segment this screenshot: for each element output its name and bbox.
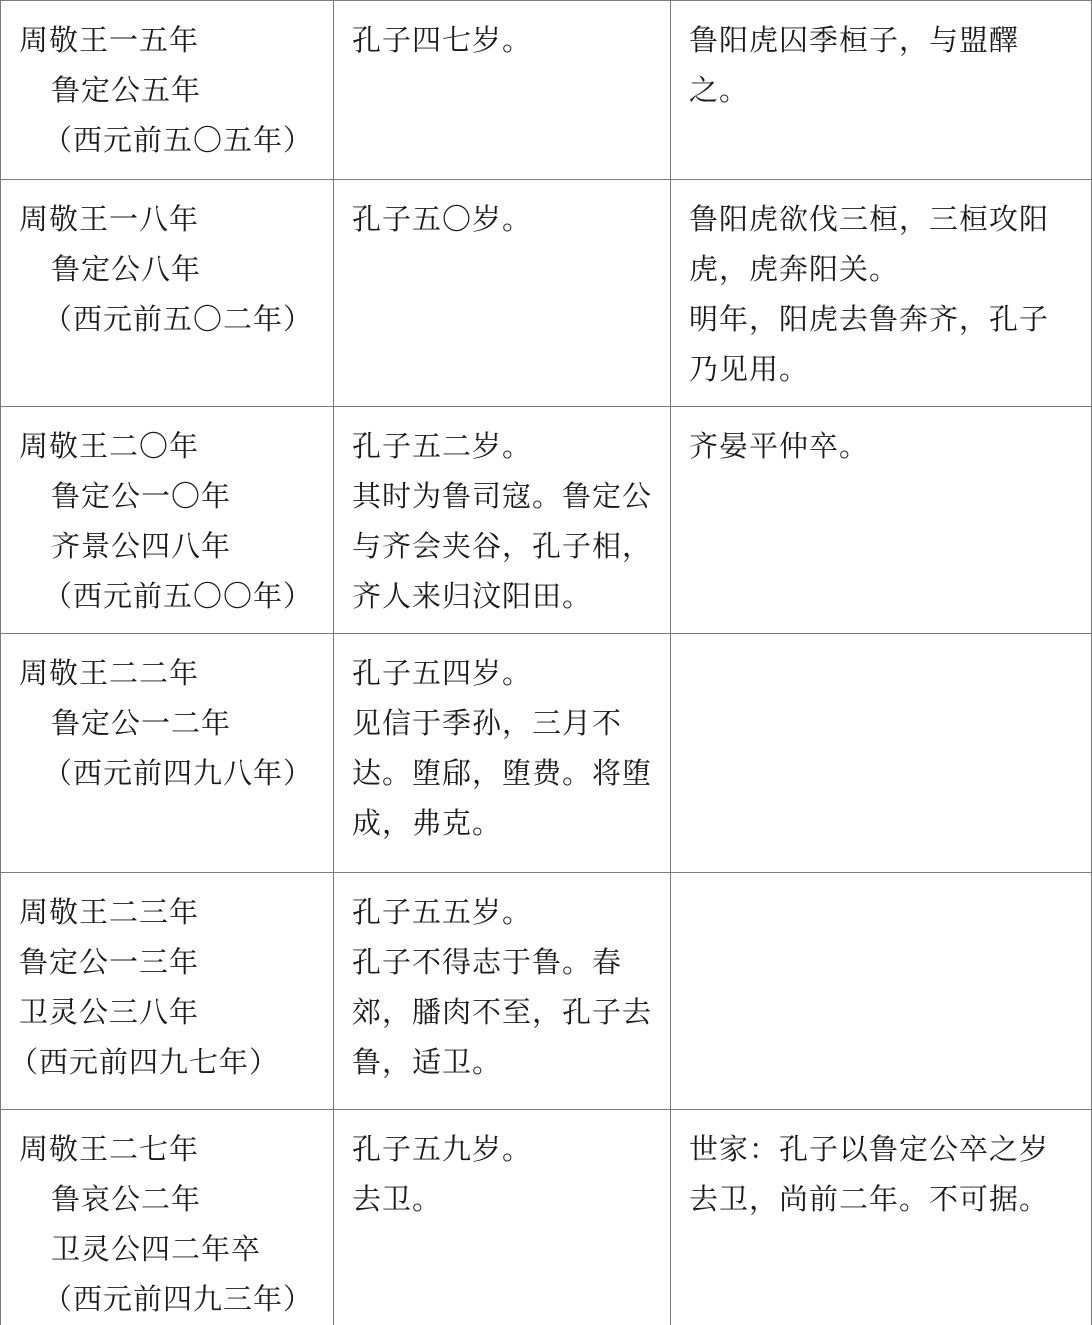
age-text: 孔子五五岁。 [352, 887, 652, 937]
reign-line: 周敬王二七年 [19, 1124, 315, 1174]
age-cell: 孔子五五岁。 孔子不得志于鲁。春郊，膰肉不至，孔子去鲁，适卫。 [334, 873, 671, 1110]
age-text: 孔子四七岁。 [352, 15, 652, 65]
notes-cell: 齐晏平仲卒。 [671, 407, 1092, 634]
western-year: （西元前五〇二年） [19, 294, 315, 344]
reign-line: 鲁定公一〇年 [19, 471, 315, 521]
reign-line: 鲁定公八年 [19, 244, 315, 294]
reign-line: 卫灵公三八年 [19, 987, 315, 1037]
reign-line: 周敬王二二年 [19, 648, 315, 698]
notes-cell: 鲁阳虎囚季桓子，与盟醳之。 [671, 1, 1092, 180]
table-row: 周敬王一五年 鲁定公五年 （西元前五〇五年） 孔子四七岁。 鲁阳虎囚季桓子，与盟… [1, 1, 1092, 180]
table-row: 周敬王二三年 鲁定公一三年 卫灵公三八年 （西元前四九七年） 孔子五五岁。 孔子… [1, 873, 1092, 1110]
reign-cell: 周敬王一八年 鲁定公八年 （西元前五〇二年） [1, 180, 334, 407]
age-text: 孔子五四岁。 [352, 648, 652, 698]
reign-line: 齐景公四八年 [19, 521, 315, 571]
table-row: 周敬王二〇年 鲁定公一〇年 齐景公四八年 （西元前五〇〇年） 孔子五二岁。 其时… [1, 407, 1092, 634]
reign-line: 鲁哀公二年 [19, 1174, 315, 1224]
notes-cell [671, 634, 1092, 873]
age-text: 孔子五〇岁。 [352, 194, 652, 244]
age-cell: 孔子五九岁。 去卫。 [334, 1110, 671, 1325]
event-text: 去卫。 [352, 1174, 652, 1224]
note-text: 鲁阳虎欲伐三桓，三桓攻阳虎，虎奔阳关。 [689, 194, 1073, 294]
reign-cell: 周敬王二二年 鲁定公一二年 （西元前四九八年） [1, 634, 334, 873]
age-text: 孔子五九岁。 [352, 1124, 652, 1174]
table-row: 周敬王二七年 鲁哀公二年 卫灵公四二年卒 （西元前四九三年） 孔子五九岁。 去卫… [1, 1110, 1092, 1325]
table-row: 周敬王二二年 鲁定公一二年 （西元前四九八年） 孔子五四岁。 见信于季孙，三月不… [1, 634, 1092, 873]
reign-cell: 周敬王二三年 鲁定公一三年 卫灵公三八年 （西元前四九七年） [1, 873, 334, 1110]
note-text: 鲁阳虎囚季桓子，与盟醳之。 [689, 15, 1073, 115]
age-cell: 孔子五四岁。 见信于季孙，三月不达。堕郈，堕费。将堕成，弗克。 [334, 634, 671, 873]
notes-cell: 鲁阳虎欲伐三桓，三桓攻阳虎，虎奔阳关。 明年，阳虎去鲁奔齐，孔子乃见用。 [671, 180, 1092, 407]
notes-cell: 世家：孔子以鲁定公卒之岁去卫，尚前二年。不可据。 [671, 1110, 1092, 1325]
age-cell: 孔子五〇岁。 [334, 180, 671, 407]
reign-cell: 周敬王二〇年 鲁定公一〇年 齐景公四八年 （西元前五〇〇年） [1, 407, 334, 634]
western-year: （西元前五〇〇年） [19, 571, 315, 621]
note-text: 世家：孔子以鲁定公卒之岁去卫，尚前二年。不可据。 [689, 1124, 1073, 1224]
age-cell: 孔子五二岁。 其时为鲁司寇。鲁定公与齐会夹谷，孔子相，齐人来归汶阳田。 [334, 407, 671, 634]
western-year: （西元前四九八年） [19, 748, 315, 798]
table-row: 周敬王一八年 鲁定公八年 （西元前五〇二年） 孔子五〇岁。 鲁阳虎欲伐三桓，三桓… [1, 180, 1092, 407]
reign-line: 周敬王二三年 [19, 887, 315, 937]
event-text: 其时为鲁司寇。鲁定公与齐会夹谷，孔子相，齐人来归汶阳田。 [352, 471, 652, 621]
reign-line: 周敬王一八年 [19, 194, 315, 244]
reign-line: 周敬王二〇年 [19, 421, 315, 471]
reign-line: 鲁定公五年 [19, 65, 315, 115]
reign-line: 卫灵公四二年卒 [19, 1224, 315, 1274]
western-year: （西元前五〇五年） [19, 115, 315, 165]
western-year: （西元前四九三年） [19, 1274, 315, 1324]
reign-line: 鲁定公一二年 [19, 698, 315, 748]
age-cell: 孔子四七岁。 [334, 1, 671, 180]
event-text: 见信于季孙，三月不达。堕郈，堕费。将堕成，弗克。 [352, 698, 652, 848]
reign-line: 鲁定公一三年 [19, 937, 315, 987]
notes-cell [671, 873, 1092, 1110]
event-text: 孔子不得志于鲁。春郊，膰肉不至，孔子去鲁，适卫。 [352, 937, 652, 1087]
note-text: 明年，阳虎去鲁奔齐，孔子乃见用。 [689, 294, 1073, 394]
reign-cell: 周敬王一五年 鲁定公五年 （西元前五〇五年） [1, 1, 334, 180]
reign-line: 周敬王一五年 [19, 15, 315, 65]
chronology-table: 周敬王一五年 鲁定公五年 （西元前五〇五年） 孔子四七岁。 鲁阳虎囚季桓子，与盟… [0, 0, 1092, 1325]
western-year: （西元前四九七年） [9, 1037, 315, 1087]
age-text: 孔子五二岁。 [352, 421, 652, 471]
reign-cell: 周敬王二七年 鲁哀公二年 卫灵公四二年卒 （西元前四九三年） [1, 1110, 334, 1325]
note-text: 齐晏平仲卒。 [689, 421, 1073, 471]
